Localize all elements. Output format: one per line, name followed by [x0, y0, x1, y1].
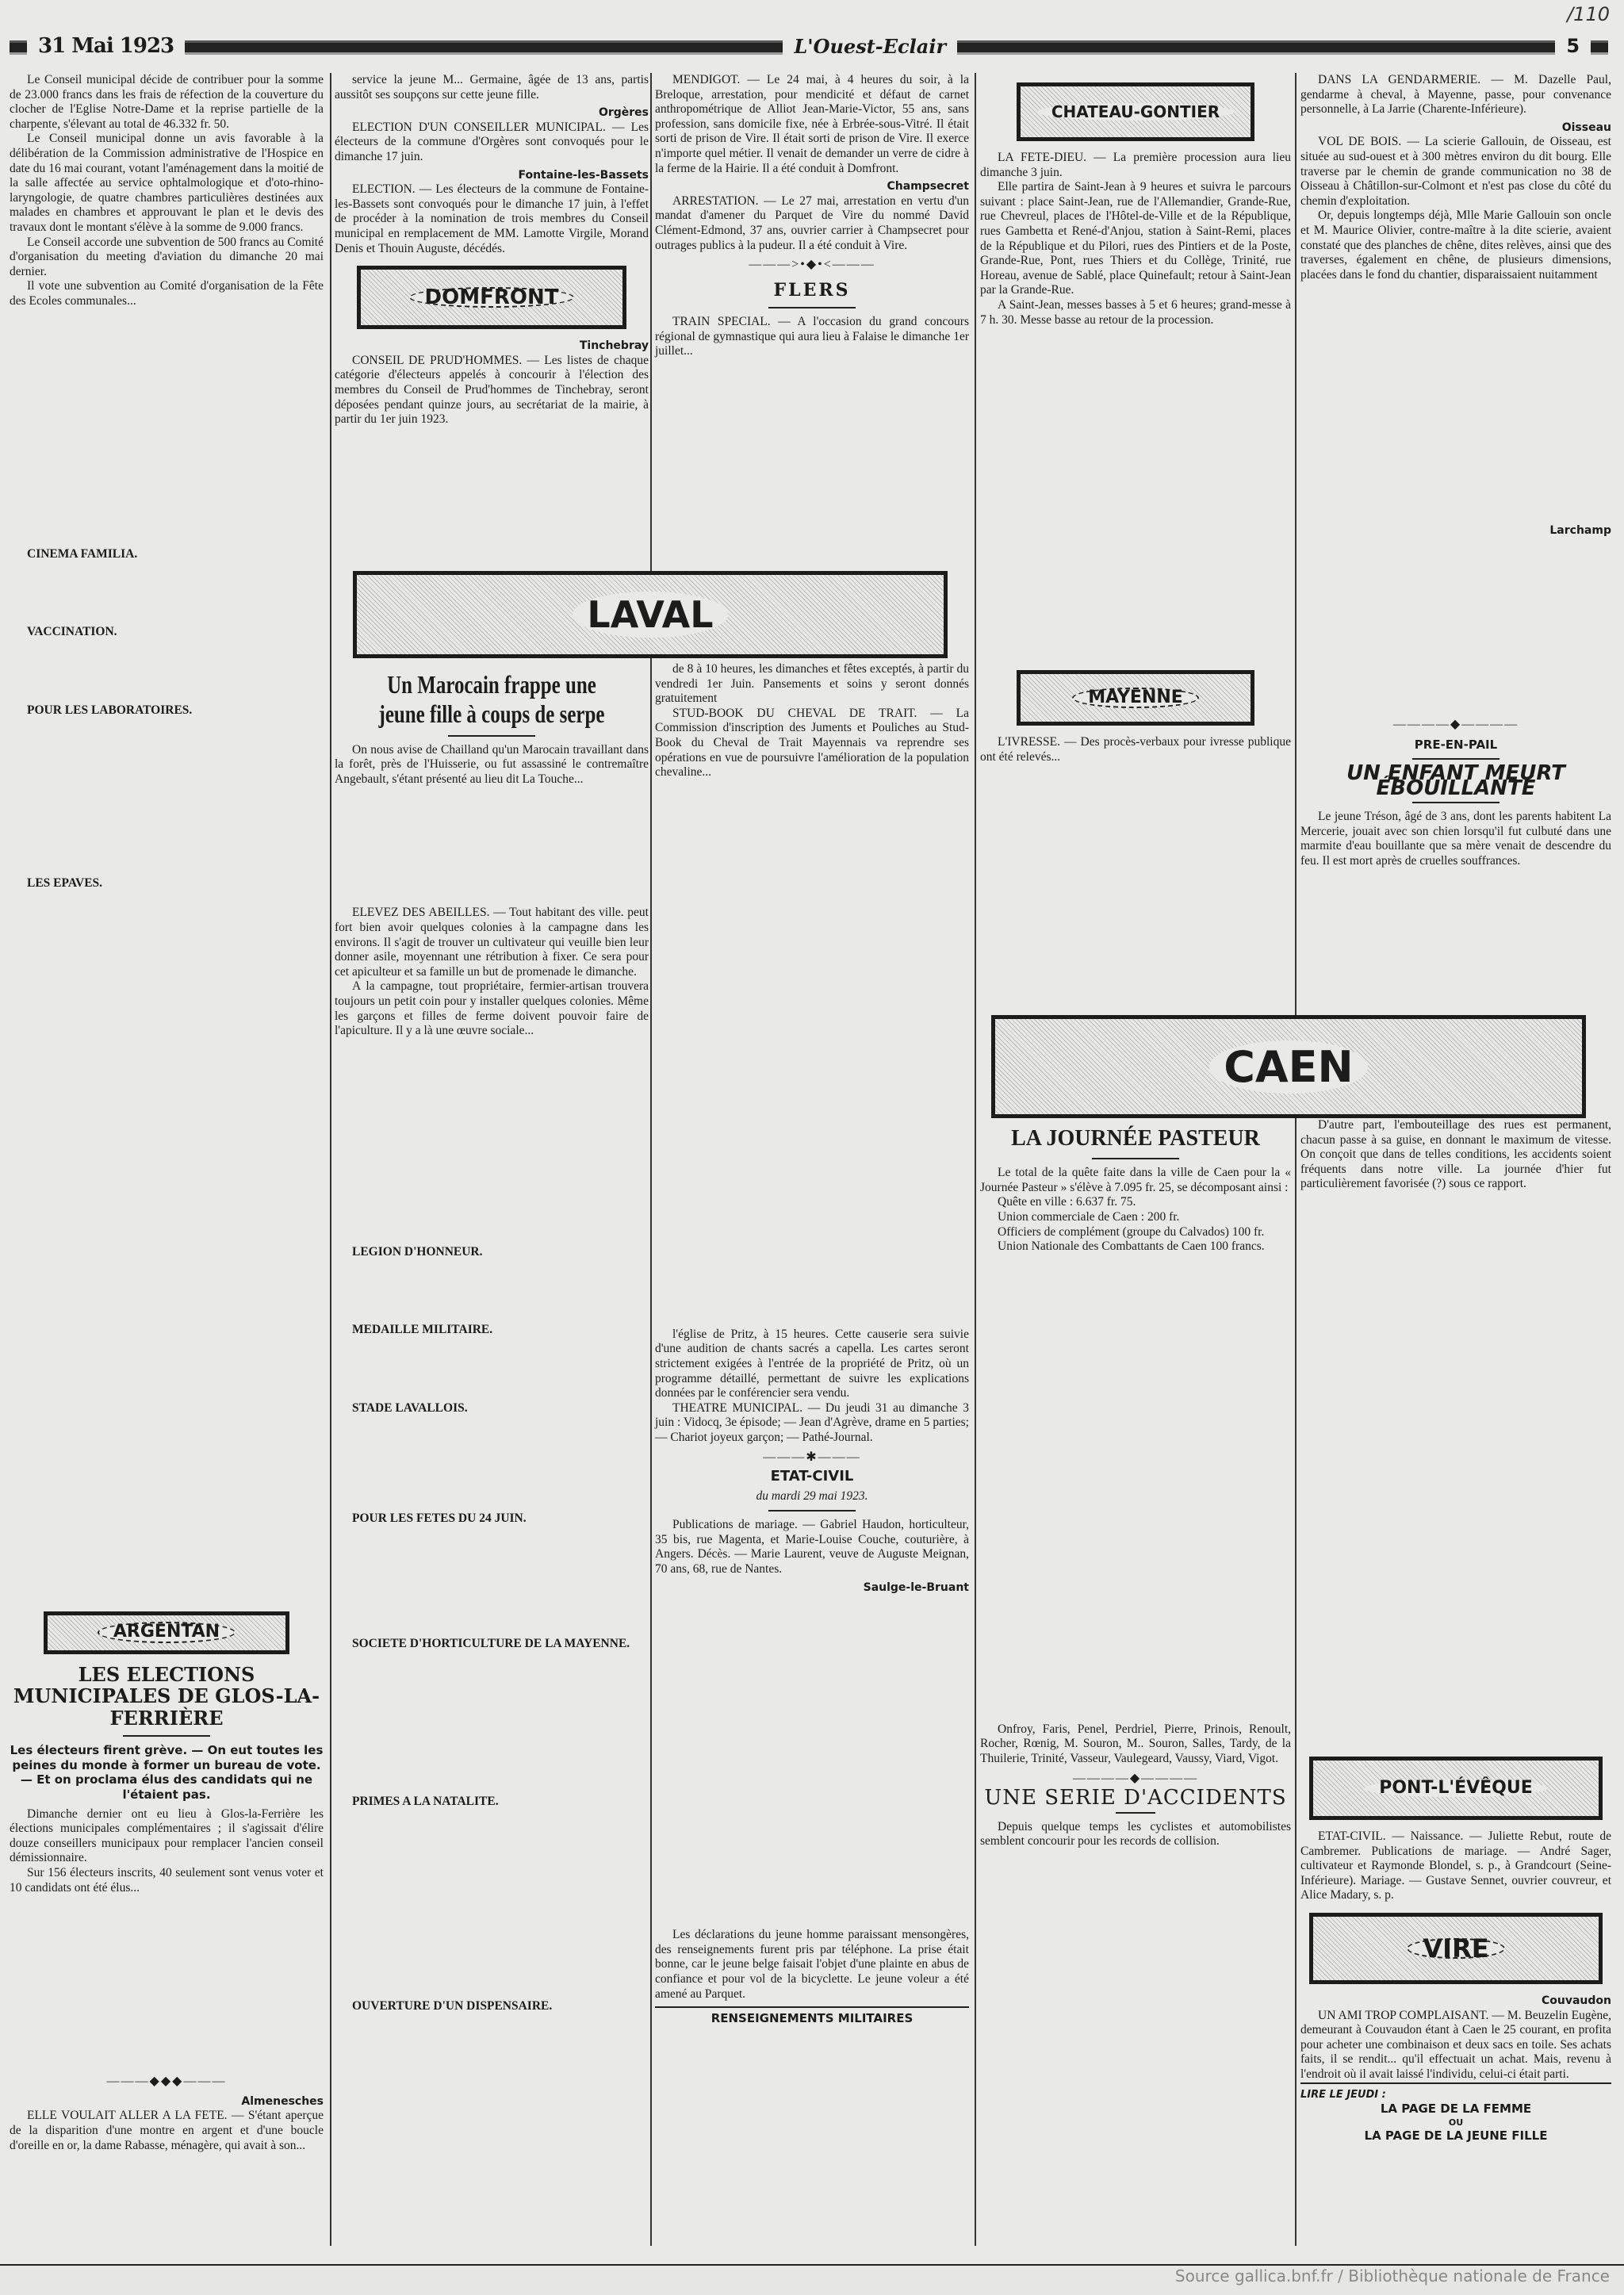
article-text-block [980, 1255, 1291, 1722]
ornament-icon: ————◆———— [1300, 718, 1611, 733]
town-banner-argentan: ARGENTAN [44, 1611, 289, 1654]
article-text-block [335, 787, 649, 906]
section-label: OUVERTURE D'UN DISPENSAIRE. [335, 1999, 649, 2014]
column-rule [650, 73, 652, 2246]
article-paragraph: Onfroy, Faris, Penel, Perdriel, Pierre, … [980, 1722, 1291, 1767]
article-text-block [980, 328, 1291, 661]
banner-label: ARGENTAN [98, 1622, 236, 1643]
article-paragraph: ELLE VOULAIT ALLER A LA FETE. — S'étant … [10, 2109, 324, 2153]
ornament-icon: ———✱——— [655, 1450, 969, 1466]
section-label: VACCINATION. [10, 625, 324, 640]
article-paragraph: Le total de la quête faite dans la ville… [980, 1166, 1291, 1195]
article-paragraph: Or, depuis longtemps déjà, Mlle Marie Ga… [1300, 209, 1611, 282]
article-paragraph: D'autre part, l'embouteillage des rues e… [1300, 1118, 1611, 1192]
masthead-rule [10, 40, 27, 52]
separator [1412, 758, 1500, 760]
ad-line: LA PAGE DE LA FEMME [1300, 2102, 1611, 2117]
section-label: POUR LES FETES DU 24 JUIN. [335, 1511, 649, 1527]
separator [768, 1510, 856, 1511]
section-label: LES EPAVES. [10, 876, 324, 891]
article-paragraph: UN AMI TROP COMPLAISANT. — M. Beuzelin E… [1300, 2009, 1611, 2082]
article-text-block [655, 780, 969, 1328]
column-5: DANS LA GENDARMERIE. — M. Dazelle Paul, … [1300, 73, 1611, 869]
masthead-rule [1591, 40, 1608, 52]
article-paragraph: Publications de mariage. — Gabriel Haudo… [655, 1518, 969, 1577]
ad-lead: LIRE LE JEUDI : [1300, 2089, 1611, 2102]
column-4-caen: LA JOURNÉE PASTEUR Le total de la quête … [980, 1118, 1291, 1849]
article-headline: UNE SERIE D'ACCIDENTS [980, 1791, 1291, 1806]
article-text-block [10, 1895, 324, 2070]
separator [1092, 1158, 1179, 1159]
section-label: Fontaine-les-Bassets [335, 168, 649, 183]
article-paragraph: THEATRE MUNICIPAL. — Du jeudi 31 au dima… [655, 1401, 969, 1446]
article-paragraph: ELECTION. — Les électeurs de la commune … [335, 182, 649, 256]
source-attribution: Source gallica.bnf.fr / Bibliothèque nat… [1175, 2266, 1610, 2285]
article-paragraph: Le jeune Tréson, âgé de 3 ans, dont les … [1300, 810, 1611, 868]
town-banner-laval: LAVAL [353, 571, 948, 658]
column-rule [330, 73, 331, 2246]
advertisement-page-femme: LIRE LE JEUDI : LA PAGE DE LA FEMME OU L… [1300, 2082, 1611, 2144]
article-paragraph: Union Nationale des Combattants de Caen … [980, 1239, 1291, 1255]
article-paragraph: Officiers de complément (groupe du Calva… [980, 1225, 1291, 1240]
article-paragraph: Elle partira de Saint-Jean à 9 heures et… [980, 180, 1291, 298]
article-paragraph: ELEVEZ DES ABEILLES. — Tout habitant des… [335, 906, 649, 979]
section-heading-flers: FLERS [655, 281, 969, 301]
ad-line: OU [1300, 2117, 1611, 2128]
banner-label: VIRE [1407, 1938, 1504, 1960]
column-1: Le Conseil municipal décide de contribue… [10, 73, 324, 2153]
town-banner-vire: VIRE [1309, 1913, 1603, 1984]
separator [448, 735, 535, 737]
ornament-icon: ———>•◆•<——— [655, 258, 969, 273]
article-paragraph: Il vote une subvention au Comité d'organ… [10, 279, 324, 308]
page-number: 5 [1566, 35, 1580, 57]
article-paragraph: Le Conseil municipal décide de contribue… [10, 73, 324, 132]
separator [768, 307, 856, 308]
article-paragraph: l'église de Pritz, à 15 heures. Cette ca… [655, 1328, 969, 1401]
section-label-preenpail: PRE-EN-PAIL [1300, 738, 1611, 753]
banner-label: CHATEAU-GONTIER [1037, 103, 1234, 121]
town-banner-chateau-gontier: CHATEAU-GONTIER [1017, 82, 1254, 141]
section-label: PRIMES A LA NATALITE. [335, 1795, 649, 1810]
masthead-date: 31 Mai 1923 [38, 34, 174, 58]
article-text-block [1300, 282, 1611, 520]
banner-label: PONT-L'ÉVÊQUE [1365, 1780, 1547, 1798]
column-rule [1295, 73, 1297, 2246]
article-paragraph: Le Conseil accorde une subvention de 500… [10, 236, 324, 280]
handwritten-note: /110 [1567, 3, 1610, 25]
section-label: MEDAILLE MILITAIRE. [335, 1323, 649, 1338]
article-paragraph: Les déclarations du jeune homme paraissa… [655, 1928, 969, 2002]
article-paragraph: CONSEIL DE PRUD'HOMMES. — Les listes de … [335, 354, 649, 427]
masthead-rule [957, 40, 1555, 52]
town-banner-pont-leveque: PONT-L'ÉVÊQUE [1309, 1757, 1603, 1820]
banner-label: MAYENNE [1072, 688, 1199, 709]
banner-label: LAVAL [573, 592, 727, 638]
masthead-rule [185, 40, 783, 52]
newspaper-page: /110 31 Mai 1923 L'Ouest-Eclair 5 Le Con… [0, 0, 1624, 2264]
column-rule [975, 73, 976, 2246]
section-label: Larchamp [1300, 523, 1611, 538]
article-paragraph: Depuis quelque temps les cyclistes et au… [980, 1820, 1291, 1849]
town-banner-domfront: DOMFRONT [357, 266, 626, 329]
article-paragraph: LA FETE-DIEU. — La première procession a… [980, 151, 1291, 180]
article-text-block [1300, 538, 1611, 713]
article-headline: LA JOURNÉE PASTEUR [980, 1126, 1291, 1151]
section-label: Saulge-le-Bruant [655, 1580, 969, 1596]
page-bottom-border [0, 2264, 1624, 2266]
article-headline: LES ELECTIONS MUNICIPALES DE GLOS-LA-FER… [10, 1664, 324, 1730]
section-label: CINEMA FAMILIA. [10, 547, 324, 562]
section-label: POUR LES LABORATOIRES. [10, 703, 324, 718]
column-3: MENDIGOT. — Le 24 mai, à 4 heures du soi… [655, 73, 969, 359]
separator [123, 1735, 210, 1737]
article-paragraph: Dimanche dernier ont eu lieu à Glos-la-F… [10, 1807, 324, 1866]
separator [1116, 1812, 1155, 1814]
article-paragraph: STUD-BOOK DU CHEVAL DE TRAIT. — La Commi… [655, 707, 969, 780]
article-paragraph: service la jeune M... Germaine, âgée de … [335, 73, 649, 102]
article-paragraph: Quête en ville : 6.637 fr. 75. [980, 1195, 1291, 1210]
section-label: Tinchebray [335, 339, 649, 354]
article-paragraph: A la campagne, tout propriétaire, fermie… [335, 979, 649, 1038]
section-label: Orgères [335, 105, 649, 121]
town-banner-mayenne: MAYENNE [1017, 670, 1254, 726]
ornament-icon: ———◆◆◆——— [10, 2075, 324, 2090]
section-label: Oisseau [1300, 121, 1611, 136]
article-paragraph: A Saint-Jean, messes basses à 5 et 6 heu… [980, 298, 1291, 328]
separator [1412, 802, 1500, 803]
section-label: LEGION D'HONNEUR. [335, 1245, 649, 1260]
column-4: CHATEAU-GONTIER LA FETE-DIEU. — La premi… [980, 73, 1291, 764]
section-label: STADE LAVALLOIS. [335, 1401, 649, 1416]
section-label: Champsecret [655, 179, 969, 194]
article-paragraph: ETAT-CIVIL. — Naissance. — Juliette Rebu… [1300, 1829, 1611, 1903]
article-subheadline: Les électeurs firent grève. — On eut tou… [10, 1743, 324, 1802]
column-5-caen: D'autre part, l'embouteillage des rues e… [1300, 1118, 1611, 2144]
article-paragraph: Le Conseil municipal donne un avis favor… [10, 132, 324, 235]
column-2: service la jeune M... Germaine, âgée de … [335, 73, 649, 427]
article-paragraph: de 8 à 10 heures, les dimanches et fêtes… [655, 662, 969, 707]
article-text-block [655, 1595, 969, 1928]
section-label: Couvaudon [1300, 1994, 1611, 2009]
article-paragraph: On nous avise de Chailland qu'un Marocai… [335, 743, 649, 787]
banner-label: DOMFRONT [409, 287, 575, 308]
headline-text: Un Marocain frappe une jeune fille à cou… [370, 670, 615, 729]
etat-civil-date: du mardi 29 mai 1923. [655, 1489, 969, 1504]
article-paragraph: L'IVRESSE. — Des procès-verbaux pour ivr… [980, 735, 1291, 764]
article-paragraph: ELECTION D'UN CONSEILLER MUNICIPAL. — Le… [335, 121, 649, 165]
article-paragraph: ARRESTATION. — Le 27 mai, arrestation en… [655, 194, 969, 253]
banner-label: CAEN [1209, 1040, 1368, 1094]
article-headline: Un Marocain frappe une jeune fille à cou… [335, 670, 649, 729]
masthead: 31 Mai 1923 L'Ouest-Eclair 5 [10, 30, 1608, 62]
town-banner-caen: CAEN [991, 1015, 1586, 1118]
section-label: SOCIETE D'HORTICULTURE DE LA MAYENNE. [335, 1637, 649, 1652]
ad-line: LA PAGE DE LA JEUNE FILLE [1300, 2128, 1611, 2144]
article-paragraph: TRAIN SPECIAL. — A l'occasion du grand c… [655, 315, 969, 359]
article-paragraph: Union commerciale de Caen : 200 fr. [980, 1210, 1291, 1225]
section-label: Almenesches [10, 2094, 324, 2109]
ornament-icon: ————◆———— [980, 1772, 1291, 1787]
column-3-laval: de 8 à 10 heures, les dimanches et fêtes… [655, 662, 969, 2031]
article-text-block: CINEMA FAMILIA. VACCINATION. POUR LES LA… [10, 547, 324, 1602]
article-paragraph: DANS LA GENDARMERIE. — M. Dazelle Paul, … [1300, 73, 1611, 117]
column-2-laval: Un Marocain frappe une jeune fille à cou… [335, 662, 649, 2014]
article-headline: UN ENFANT MEURT ÉBOUILLANTÉ [1300, 766, 1611, 795]
etat-civil-title: ETAT-CIVIL [655, 1469, 969, 1485]
newspaper-title: L'Ouest-Eclair [794, 35, 946, 58]
section-heading-renseignements: RENSEIGNEMENTS MILITAIRES [655, 2006, 969, 2026]
article-paragraph: Sur 156 électeurs inscrits, 40 seulement… [10, 1866, 324, 1895]
article-paragraph: MENDIGOT. — Le 24 mai, à 4 heures du soi… [655, 73, 969, 176]
article-text-block [1300, 1192, 1611, 1747]
article-paragraph: VOL DE BOIS. — La scierie Gallouin, de O… [1300, 135, 1611, 209]
